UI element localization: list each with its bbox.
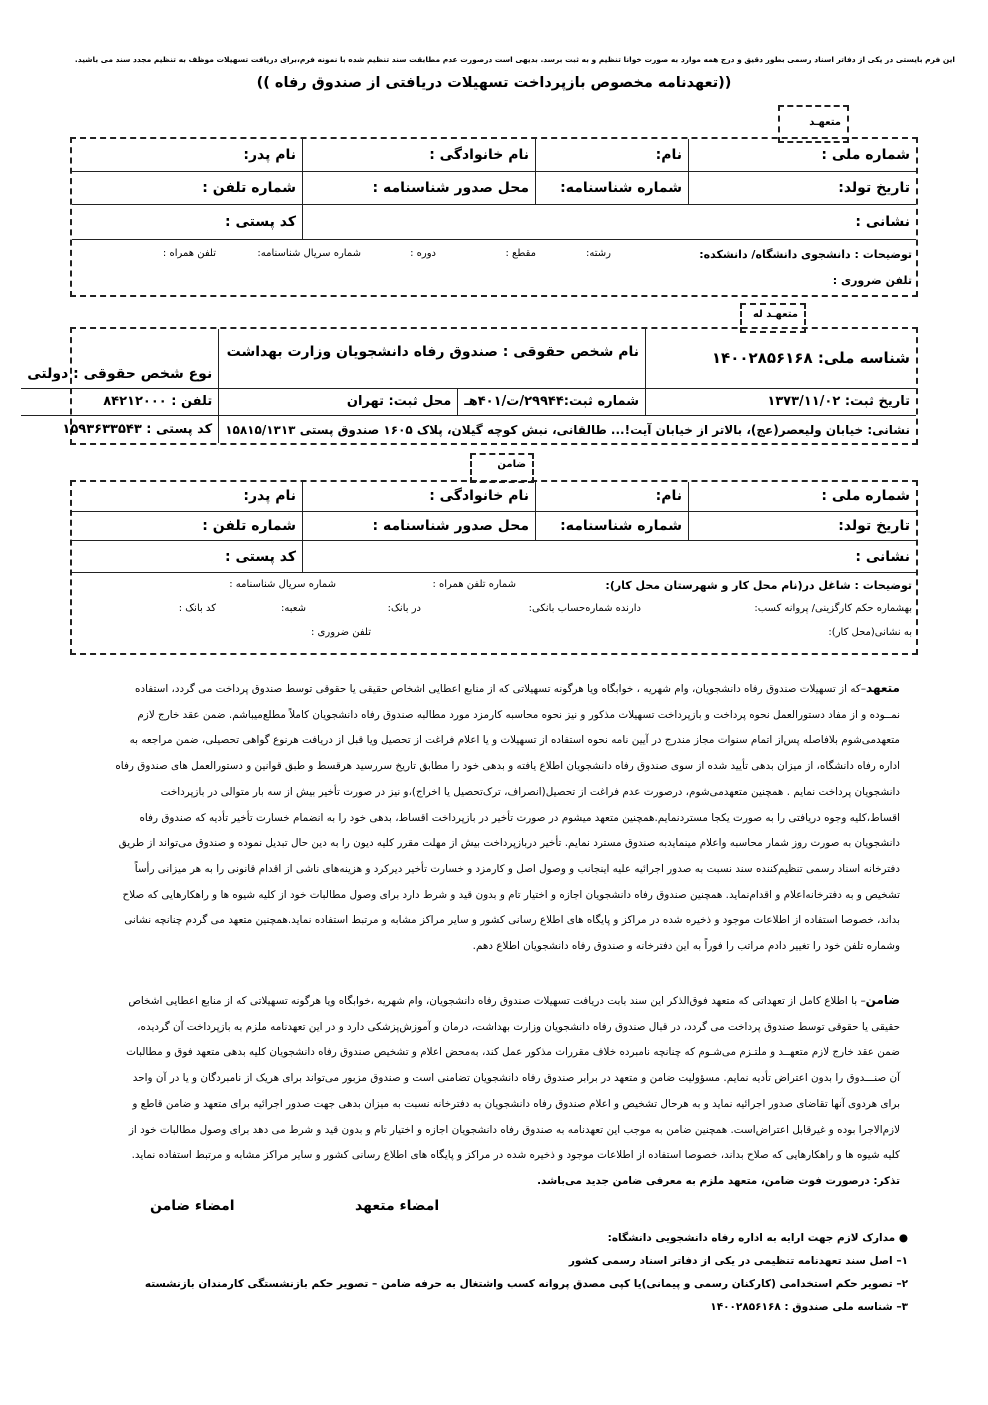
obligor-tag-label: متعهـد — [809, 117, 841, 128]
guarantor-note: تذکر: درصورت فوت ضامن، متعهد ملزم به معر… — [70, 1169, 900, 1195]
obligor-notes-id-serial[interactable]: شماره سریال شناسنامه: — [257, 248, 361, 259]
guarantor-notes: توضیحات : شاغل در(نام محل کار و شهرستان … — [72, 572, 916, 653]
guarantor-text-line: حقیقی یا حقوقی توسط صندوق پرداخت می گردد… — [70, 1015, 900, 1041]
guarantor-notes-id-serial[interactable]: شماره سریال شناسنامه : — [229, 579, 336, 590]
obligee-legal-type: نوع شخص حقوقی : دولتی — [21, 329, 218, 388]
obligor-id-number-field[interactable]: شماره شناسنامه: — [536, 172, 689, 205]
obligor-address-field[interactable]: نشانی : — [303, 204, 917, 239]
obligee-phone: تلفن : ۸۴۲۱۲۰۰۰ — [21, 388, 218, 415]
obligor-text-line: متعهد–که از تسهیلات صندوق رفاه دانشجویان… — [70, 676, 900, 703]
guarantor-tag: ضامن — [470, 453, 534, 483]
guarantor-commitment-text: ضامن– با اطلاع کامل از تعهداتی که متعهد … — [70, 988, 900, 1195]
guarantor-father-name-field[interactable]: نام پدر: — [72, 482, 303, 511]
guarantor-last-name-field[interactable]: نام خانوادگی : — [303, 482, 536, 511]
obligor-phone-field[interactable]: شماره تلفن : — [72, 172, 303, 205]
guarantor-national-id-field[interactable]: شماره ملی : — [689, 482, 917, 511]
page-title: ((تعهدنامه مخصوص بازپرداخت تسهیلات دریاف… — [0, 75, 988, 91]
obligor-notes-level[interactable]: مقطع : — [506, 248, 537, 259]
guarantor-text-line: ضامن– با اطلاع کامل از تعهداتی که متعهد … — [70, 988, 900, 1015]
documents-heading: ● مدارک لازم جهت ارایه به اداره رفاه دان… — [608, 1232, 908, 1244]
obligor-form: شماره ملی : نام: نام خانوادگی : نام پدر:… — [70, 137, 918, 297]
obligee-registration-place: محل ثبت: تهران — [219, 388, 458, 415]
obligor-notes-term[interactable]: دوره : — [410, 248, 436, 259]
guarantor-signature-label: امضاء ضامن — [150, 1198, 235, 1214]
guarantor-text-line: لازم‌الاجرا بوده و غیرقابل اعتراض‌است. ه… — [70, 1118, 900, 1144]
guarantor-birth-date-field[interactable]: تاریخ تولد: — [689, 511, 917, 540]
guarantor-notes-emergency[interactable]: تلفن ضروری : — [311, 627, 371, 638]
guarantor-notes-account[interactable]: دارنده شماره‌حساب بانکی: — [529, 603, 641, 614]
obligor-text-line: نمــوده و از مفاد دستورالعمل نحوه پرداخت… — [70, 703, 900, 729]
guarantor-first-name-field[interactable]: نام: — [536, 482, 689, 511]
obligor-postal-code-field[interactable]: کد پستی : — [72, 204, 303, 239]
obligor-text-line: دفترخانه اسناد رسمی تنظیم‌کننده سند نسبت… — [70, 857, 900, 883]
guarantor-tag-label: ضامن — [497, 459, 526, 470]
obligor-text-line: بداند، خصوصا استفاده از اطلاعات موجود و … — [70, 908, 900, 934]
guarantor-text-line: آن صنـــدوق را بدون اعتراض تأدیه نمایم. … — [70, 1066, 900, 1092]
guarantor-notes-bank-code[interactable]: کد بانک : — [179, 603, 216, 614]
documents-item-1: ۱– اصل سند تعهدنامه تنظیمی در یکی از دفا… — [569, 1255, 908, 1267]
guarantor-postal-code-field[interactable]: کد پستی : — [72, 541, 303, 572]
obligee-registration-date: تاریخ ثبت: ۱۳۷۳/۱۱/۰۲ — [646, 388, 917, 415]
guarantor-text-line: ضمن عقد خارج لازم متعهــد و ملتـزم می‌شـ… — [70, 1040, 900, 1066]
guarantor-phone-field[interactable]: شماره تلفن : — [72, 511, 303, 540]
obligor-text-line: دانشجویان پرداخت نمایم . همچنین متعهدمی‌… — [70, 780, 900, 806]
obligee-tag-label: متعهـد له — [753, 309, 798, 320]
guarantor-text-line: برای هردوی آنها تقاضای صدور اجرائیه نمای… — [70, 1092, 900, 1118]
obligor-text-line: اداره رفاه دانشگاه، از میزان بدهی تأیید … — [70, 754, 900, 780]
guarantor-id-issue-place-field[interactable]: محل صدور شناسنامه : — [303, 511, 536, 540]
obligee-form: شناسه ملی: ۱۴۰۰۲۸۵۶۱۶۸ نام شخص حقوقی : ص… — [70, 327, 918, 445]
obligor-text-line: دانشجویان به صورت روز شمار محاسبه واعلام… — [70, 831, 900, 857]
guarantor-form: شماره ملی : نام: نام خانوادگی : نام پدر:… — [70, 480, 918, 655]
obligor-text-line: تشخیص و به دفترخانه‌اعلام و اقدام‌نماید.… — [70, 883, 900, 909]
guarantor-id-number-field[interactable]: شماره شناسنامه: — [536, 511, 689, 540]
obligor-notes-field[interactable]: رشته: — [586, 248, 611, 259]
obligee-legal-name: نام شخص حقوقی : صندوق رفاه دانشجویان وزا… — [219, 329, 646, 388]
obligee-postal-code: کد پستی : ۱۵۹۳۶۳۳۵۴۳ — [21, 416, 218, 444]
obligee-national-id: شناسه ملی: ۱۴۰۰۲۸۵۶۱۶۸ — [646, 329, 917, 388]
obligor-notes-university[interactable]: توضیحات : دانشجوی دانشگاه/ دانشکده: — [699, 248, 912, 261]
obligor-first-name-field[interactable]: نام: — [536, 139, 689, 172]
guarantor-address-field[interactable]: نشانی : — [303, 541, 917, 572]
guarantor-notes-work-address[interactable]: به نشانی(محل کار): — [828, 627, 912, 638]
obligor-commitment-text: متعهد–که از تسهیلات صندوق رفاه دانشجویان… — [70, 676, 900, 960]
guarantor-text-line: کلیه شیوه ها و راهکارهایی که صلاح بداند،… — [70, 1143, 900, 1169]
obligor-text-lead: متعهد — [866, 681, 900, 695]
obligor-text-line: اقساط،کلیه وجوه دریافتی را به صورت یکجا … — [70, 806, 900, 832]
obligor-last-name-field[interactable]: نام خانوادگی : — [303, 139, 536, 172]
guarantor-notes-branch[interactable]: شعبه: — [281, 603, 306, 614]
obligor-notes-emergency[interactable]: تلفن ضروری : — [833, 274, 912, 287]
guarantor-notes-decree[interactable]: بهشماره حکم کارگزینی/ پروانه کسب: — [754, 603, 912, 614]
obligor-text-line: متعهدمی‌شوم بلافاصله پس‌از اتمام سنوات م… — [70, 728, 900, 754]
documents-item-2: ۲– تصویر حکم استخدامی (کارکنان رسمی و پی… — [145, 1278, 908, 1290]
obligor-notes-mobile[interactable]: تلفن همراه : — [163, 248, 216, 259]
obligor-father-name-field[interactable]: نام پدر: — [72, 139, 303, 172]
obligor-notes: توضیحات : دانشجوی دانشگاه/ دانشکده: رشته… — [72, 239, 916, 296]
documents-item-3: ۳– شناسه ملی صندوق : ۱۴۰۰۲۸۵۶۱۶۸ — [710, 1301, 908, 1313]
obligor-id-issue-place-field[interactable]: محل صدور شناسنامه : — [303, 172, 536, 205]
guarantor-notes-bank[interactable]: در بانک: — [388, 603, 421, 614]
guarantor-notes-mobile[interactable]: شماره تلفن همراه : — [432, 579, 516, 590]
form-notice: این فرم بایستی در یکی از دفاتر اسناد رسم… — [40, 55, 955, 64]
obligor-birth-date-field[interactable]: تاریخ تولد: — [689, 172, 917, 205]
guarantor-text-lead: ضامن — [866, 993, 900, 1007]
obligor-national-id-field[interactable]: شماره ملی : — [689, 139, 917, 172]
obligor-signature-label: امضاء متعهد — [355, 1198, 439, 1214]
obligee-address: نشانی: خیابان ولیعصر(عج)، بالاتر از خیاب… — [219, 416, 916, 444]
obligor-text-line: وشماره تلفن خود را تغییر دادم مراتب را ف… — [70, 934, 900, 960]
guarantor-notes-workplace[interactable]: توضیحات : شاغل در(نام محل کار و شهرستان … — [605, 579, 912, 592]
obligee-registration-number: شماره ثبت:۲۹۹۴۴/ت/۴۰۱هـ — [458, 388, 646, 415]
